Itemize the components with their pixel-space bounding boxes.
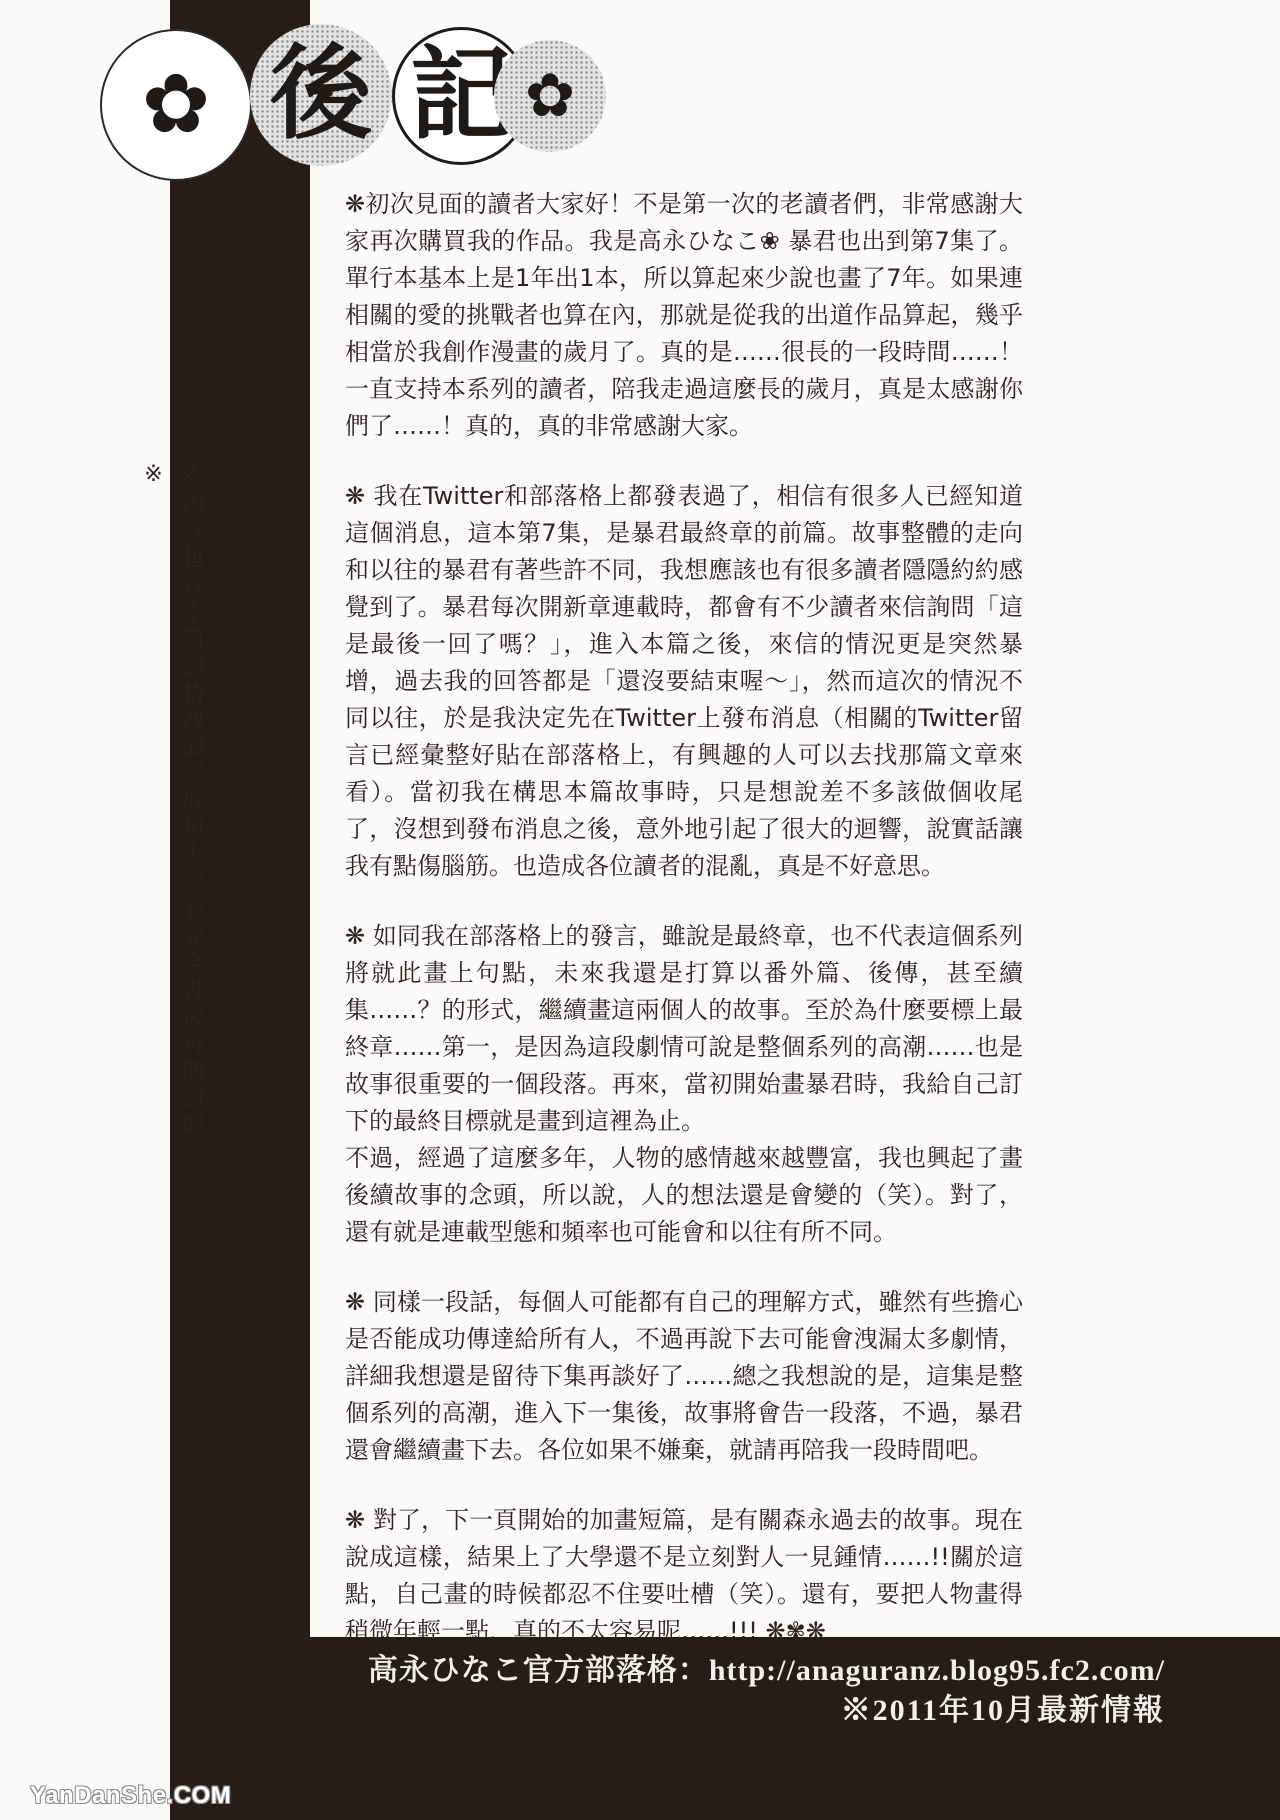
footer-bar: 高永ひなこ官方部落格：http://anaguranz.blog95.fc2.c… bbox=[170, 1637, 1280, 1820]
paragraph-bonus-story: ❋ 對了，下一頁開始的加畫短篇，是有關森永過去的故事。現在說成這樣，結果上了大學… bbox=[345, 1502, 1023, 1650]
latest-info-date: ※2011年10月最新情報 bbox=[170, 1691, 1165, 1731]
paragraph-greeting: ❋初次見面的讀者大家好！不是第一次的老讀者們，非常感謝大家再次購買我的作品。我是… bbox=[345, 186, 1023, 445]
title-char-go: 後 bbox=[270, 44, 372, 146]
paragraph-final-chapter-explanation: ❋ 如同我在部落格上的發言，雖說是最終章，也不代表這個系列將就此畫上句點，未來我… bbox=[345, 918, 1023, 1251]
official-blog-url: 高永ひなこ官方部落格：http://anaguranz.blog95.fc2.c… bbox=[170, 1651, 1165, 1691]
flower-icon: ✿ bbox=[142, 64, 211, 146]
paragraph-series-climax: ❋ 同樣一段話，每個人可能都有自己的理解方式，雖然有些擔心是否能成功傳達給所有人… bbox=[345, 1284, 1023, 1469]
header-flower-circle-right: ✿ bbox=[494, 40, 606, 152]
afterword-page: ✿ 後 記 ✿ ※內容包含本篇劇情洩漏，麻煩大家看完全書後再閱讀喔※ ❋初次見面… bbox=[0, 0, 1280, 1820]
paragraph-twitter-announcement: ❋ 我在Twitter和部落格上都發表過了，相信有很多人已經知道這個消息，這本第… bbox=[345, 478, 1023, 885]
header-flower-circle-left: ✿ bbox=[100, 29, 252, 181]
spoiler-warning-vertical-note: ※內容包含本篇劇情洩漏，麻煩大家看完全書後再閱讀喔※ bbox=[134, 462, 210, 1142]
header-title-circle-go: 後 bbox=[250, 24, 392, 166]
afterword-body: ❋初次見面的讀者大家好！不是第一次的老讀者們，非常感謝大家再次購買我的作品。我是… bbox=[345, 186, 1023, 1753]
flower-icon: ✿ bbox=[525, 66, 575, 126]
scanlation-watermark: YanDanShe.COM bbox=[30, 1782, 231, 1810]
